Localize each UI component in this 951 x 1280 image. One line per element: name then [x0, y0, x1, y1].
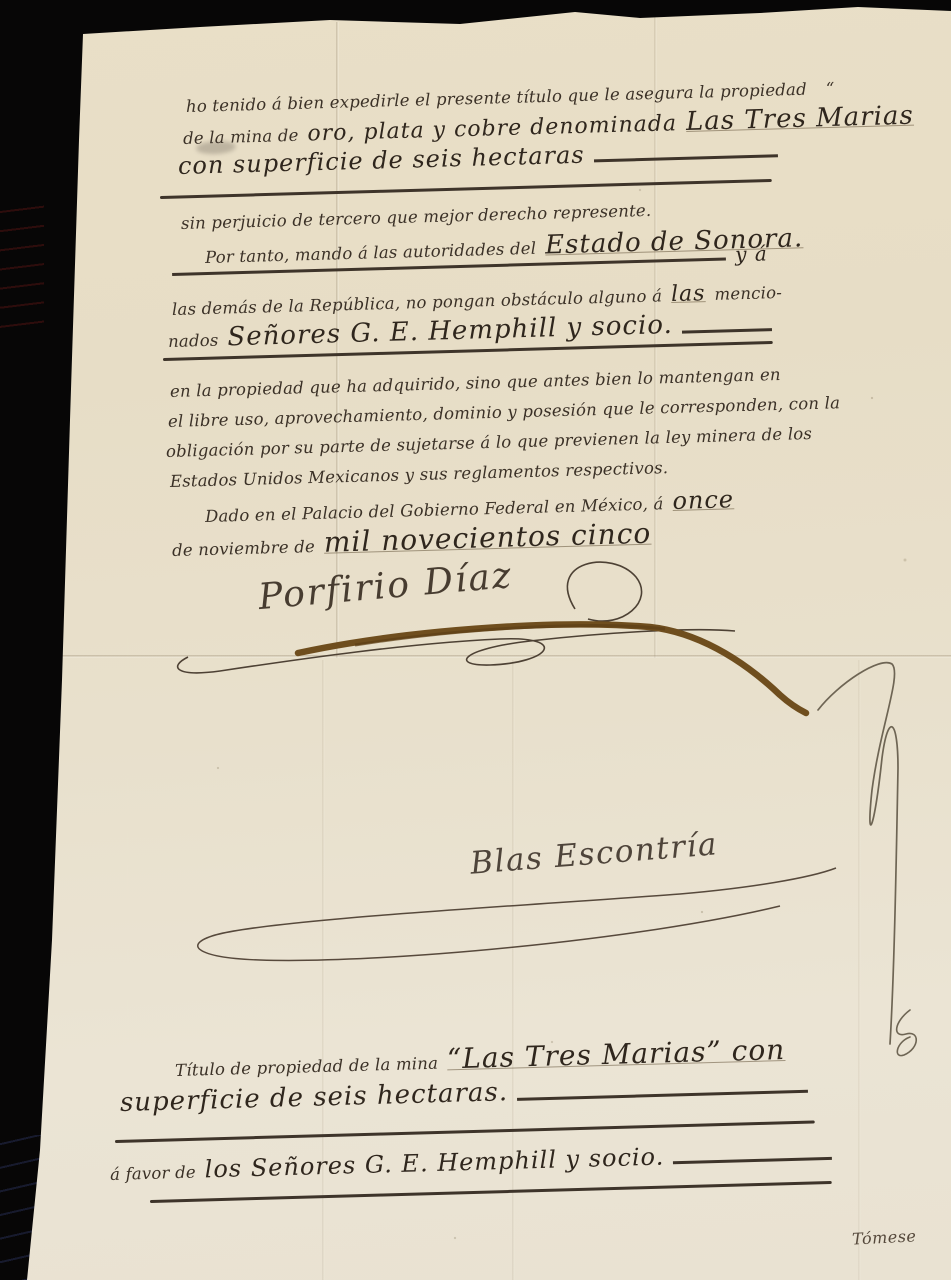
filler-rule — [517, 1090, 808, 1101]
rule-divider-4 — [150, 1181, 832, 1203]
porfirio-diaz-flourish-mark — [150, 545, 870, 715]
table-red-streaks — [0, 205, 44, 335]
body-line-2-form: de la mina de — [183, 126, 299, 148]
rule-divider-3 — [115, 1120, 815, 1143]
rule-divider-1 — [160, 179, 772, 199]
filler-rule — [673, 1157, 832, 1164]
body-line-9-text: en la propiedad que ha adquirido, sino q… — [170, 365, 781, 401]
body-line-11: obligación por su parte de sujetarse á l… — [166, 424, 813, 461]
body-line-4: sin perjuicio de tercero que mejor derec… — [181, 201, 652, 233]
fold-crease-lower-mid — [512, 660, 515, 1280]
docket-surface-entry: superficie de seis hectaras. — [120, 1077, 509, 1118]
body-line-8-form: nados — [168, 331, 219, 351]
photo-of-document: ho tenido á bien expedirle el presente t… — [0, 0, 951, 1280]
docket-mine-name: “Las Tres Marias” con — [447, 1033, 786, 1075]
body-line-4-text: sin perjuicio de tercero que mejor derec… — [181, 201, 652, 233]
filler-rule — [682, 328, 772, 334]
line-continuation: y á — [735, 241, 768, 266]
filler-rule — [594, 154, 778, 162]
footer-note-tomese: Tómese — [852, 1226, 917, 1248]
docket-line-3-form: á favor de — [110, 1163, 196, 1184]
mine-name-entry: Las Tres Marias — [686, 101, 915, 137]
body-line-11-text: obligación por su parte de sujetarse á l… — [166, 424, 813, 461]
body-line-12-text: Estados Unidos Mexicanos y sus reglament… — [170, 458, 669, 491]
docket-grantee-entry: los Señores G. E. Hemphill y socio. — [204, 1143, 664, 1184]
body-line-9: en la propiedad que ha adquirido, sino q… — [170, 365, 781, 401]
filler-rule — [172, 258, 726, 276]
open-quote-mark: “ — [826, 79, 835, 98]
day-entry: once — [672, 485, 734, 515]
document-paper: ho tenido á bien expedirle el presente t… — [0, 0, 951, 1280]
blas-escontria-flourish-mark — [120, 822, 860, 962]
docket-line-3: á favor de los Señores G. E. Hemphill y … — [110, 1138, 833, 1186]
las-entry: las — [671, 281, 706, 307]
body-line-7-end: mencio- — [714, 283, 782, 304]
docket-line-1-form: Título de propiedad de la mina — [175, 1054, 439, 1080]
fold-crease-lower-left — [322, 660, 325, 1280]
body-line-12: Estados Unidos Mexicanos y sus reglament… — [170, 458, 669, 491]
